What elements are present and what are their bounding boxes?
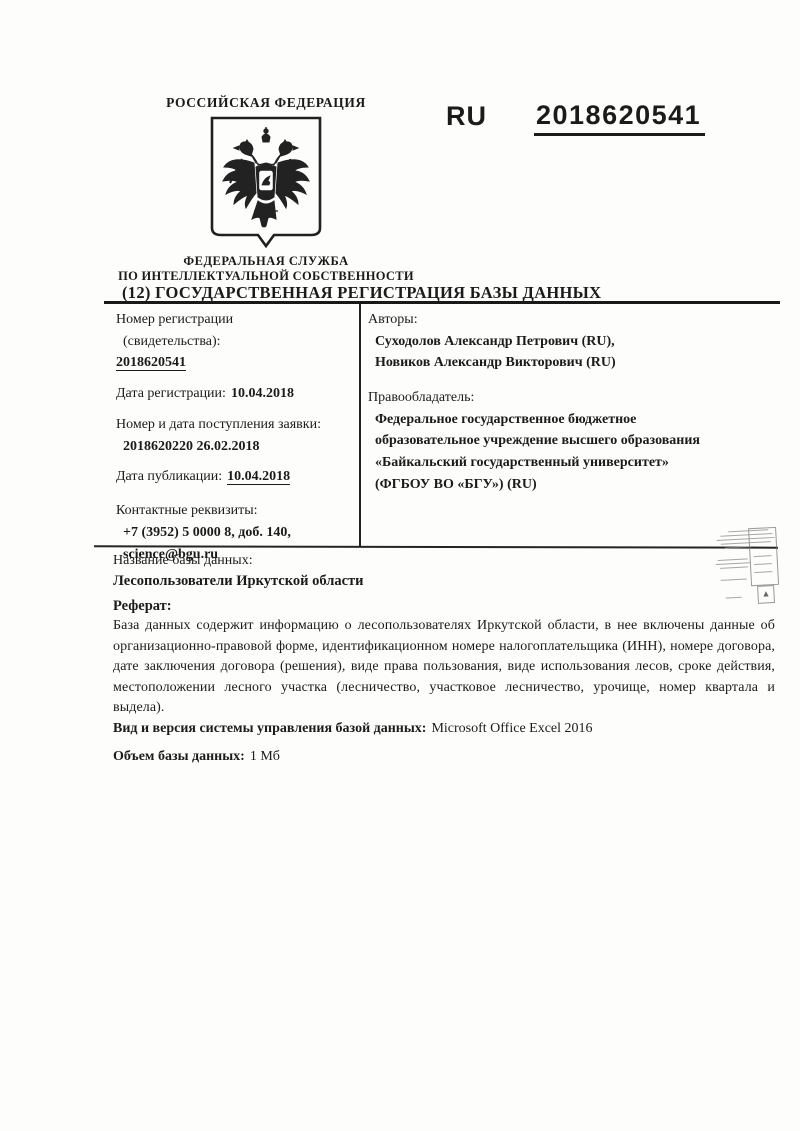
author-1: Суходолов Александр Петрович (RU), [368, 331, 772, 353]
agency-block: ФЕДЕРАЛЬНАЯ СЛУЖБА ПО ИНТЕЛЛЕКТУАЛЬНОЙ С… [110, 254, 422, 284]
holder-line-1: Федеральное государственное бюджетное [368, 409, 772, 431]
holder-line-2: образовательное учреждение высшего образ… [368, 430, 772, 452]
reg-number-value: 2018620541 [116, 355, 186, 371]
database-name-label: Название базы данных: [113, 552, 713, 570]
abstract-section: Реферат: База данных содержит информацию… [113, 598, 775, 719]
database-name-value: Лесопользователи Иркутской области [113, 572, 713, 590]
registration-details-cell: Номер регистрации (свидетельства): 20186… [116, 309, 354, 576]
application-value: 2018620220 26.02.2018 [116, 436, 354, 458]
abstract-text: База данных содержит информацию о лесопо… [113, 616, 775, 719]
agency-name-line2: ПО ИНТЕЛЛЕКТУАЛЬНОЙ СОБСТВЕННОСТИ [110, 269, 422, 284]
database-name-section: Название базы данных: Лесопользователи И… [113, 552, 713, 590]
parties-cell: Авторы: Суходолов Александр Петрович (RU… [368, 309, 772, 507]
holder-line-4: (ФГБОУ ВО «БГУ») (RU) [368, 474, 772, 496]
certificate-page: РОССИЙСКАЯ ФЕДЕРАЦИЯ [0, 0, 800, 1131]
stamp-mark: ▲ [714, 524, 796, 606]
db-size-label: Объем базы данных: [113, 749, 245, 764]
agency-name-line1: ФЕДЕРАЛЬНАЯ СЛУЖБА [110, 254, 422, 269]
registration-number-header: 2018620541 [534, 100, 705, 136]
reg-number-label2: (свидетельства): [116, 331, 354, 353]
dbms-section: Вид и версия системы управления базой да… [113, 721, 775, 737]
application-label: Номер и дата поступления заявки: [116, 414, 354, 436]
reg-number-label: Номер регистрации [116, 309, 354, 331]
pub-date-value: 10.04.2018 [227, 469, 290, 485]
contacts-label: Контактные реквизиты: [116, 500, 354, 522]
db-size-section: Объем базы данных:1 Мб [113, 749, 513, 765]
pub-date-label: Дата публикации: [116, 469, 222, 484]
country-code: RU [446, 101, 487, 132]
holder-line-3: «Байкальский государственный университет… [368, 452, 772, 474]
table-column-divider [359, 304, 361, 547]
header-block: РОССИЙСКАЯ ФЕДЕРАЦИЯ [110, 95, 422, 251]
author-2: Новиков Александр Викторович (RU) [368, 352, 772, 374]
document-type-title: (12) ГОСУДАРСТВЕННАЯ РЕГИСТРАЦИЯ БАЗЫ ДА… [122, 283, 782, 303]
holder-label: Правообладатель: [368, 387, 772, 409]
heading-rule [104, 301, 780, 304]
reg-date-label: Дата регистрации: [116, 386, 226, 401]
reg-date-value: 10.04.2018 [231, 386, 294, 401]
authors-label: Авторы: [368, 309, 772, 331]
contacts-phone: +7 (3952) 5 0000 8, доб. 140, [116, 522, 354, 544]
coat-of-arms-icon [208, 115, 324, 251]
dbms-label: Вид и версия системы управления базой да… [113, 721, 426, 736]
country-title: РОССИЙСКАЯ ФЕДЕРАЦИЯ [110, 95, 422, 111]
dbms-value: Microsoft Office Excel 2016 [431, 721, 592, 736]
db-size-value: 1 Мб [250, 749, 280, 764]
abstract-label: Реферат: [113, 598, 775, 615]
